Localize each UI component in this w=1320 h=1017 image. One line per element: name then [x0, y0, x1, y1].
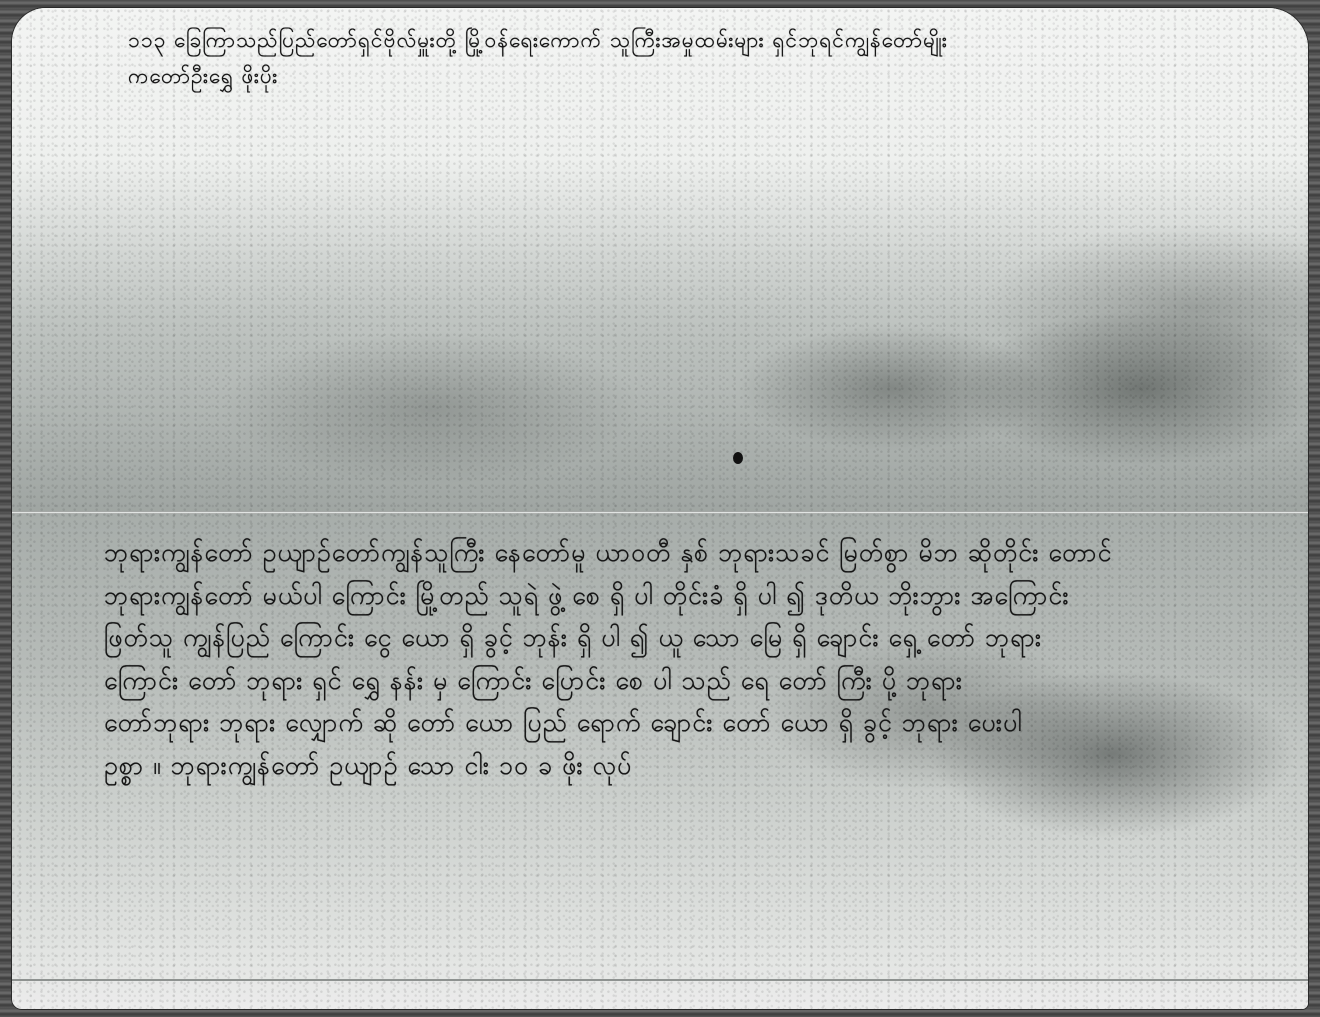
body-text-block: ဘုရားကျွန်တော် ဥယျာဉ်တော်ကျွန်သူကြီး နေတ…	[104, 532, 1304, 787]
body-line: ဘုရားကျွန်တော် မယ်ပါ ကြောင်း မြို့တည် သူ…	[104, 575, 1304, 618]
body-line: ဘုရားကျွန်တော် ဥယျာဉ်တော်ကျွန်သူကြီး နေတ…	[104, 532, 1304, 575]
body-line: ကြောင်း တော် ဘုရား ရှင် ရွှေ နန်း မှ ကြေ…	[104, 660, 1304, 703]
header-text-block: ၁၁၃ ခြေကြာသည်ပြည်တော်ရှင်ဗိုလ်မှူးတို့ မ…	[128, 22, 1208, 94]
header-line: ကတော်ဦးရွှေ ဖိုးပိုး	[128, 58, 1208, 94]
ink-blot	[733, 452, 743, 464]
body-line: ဖြတ်သူ ကျွန်ပြည် ကြောင်း ငွေ ယော ရှိ ခွင…	[104, 617, 1304, 660]
bottom-fold-line	[12, 979, 1308, 981]
header-line: ၁၁၃ ခြေကြာသည်ပြည်တော်ရှင်ဗိုလ်မှူးတို့ မ…	[128, 22, 1208, 58]
body-line: ဥစ္စာ ။ ဘုရားကျွန်တော် ဥယျာဉ် သော ငါး ၁၀…	[104, 745, 1304, 788]
body-line: တော်ဘုရား ဘုရား လျှောက် ဆို တော် ယော ပြည…	[104, 702, 1304, 745]
manuscript-sheet	[12, 8, 1308, 1009]
